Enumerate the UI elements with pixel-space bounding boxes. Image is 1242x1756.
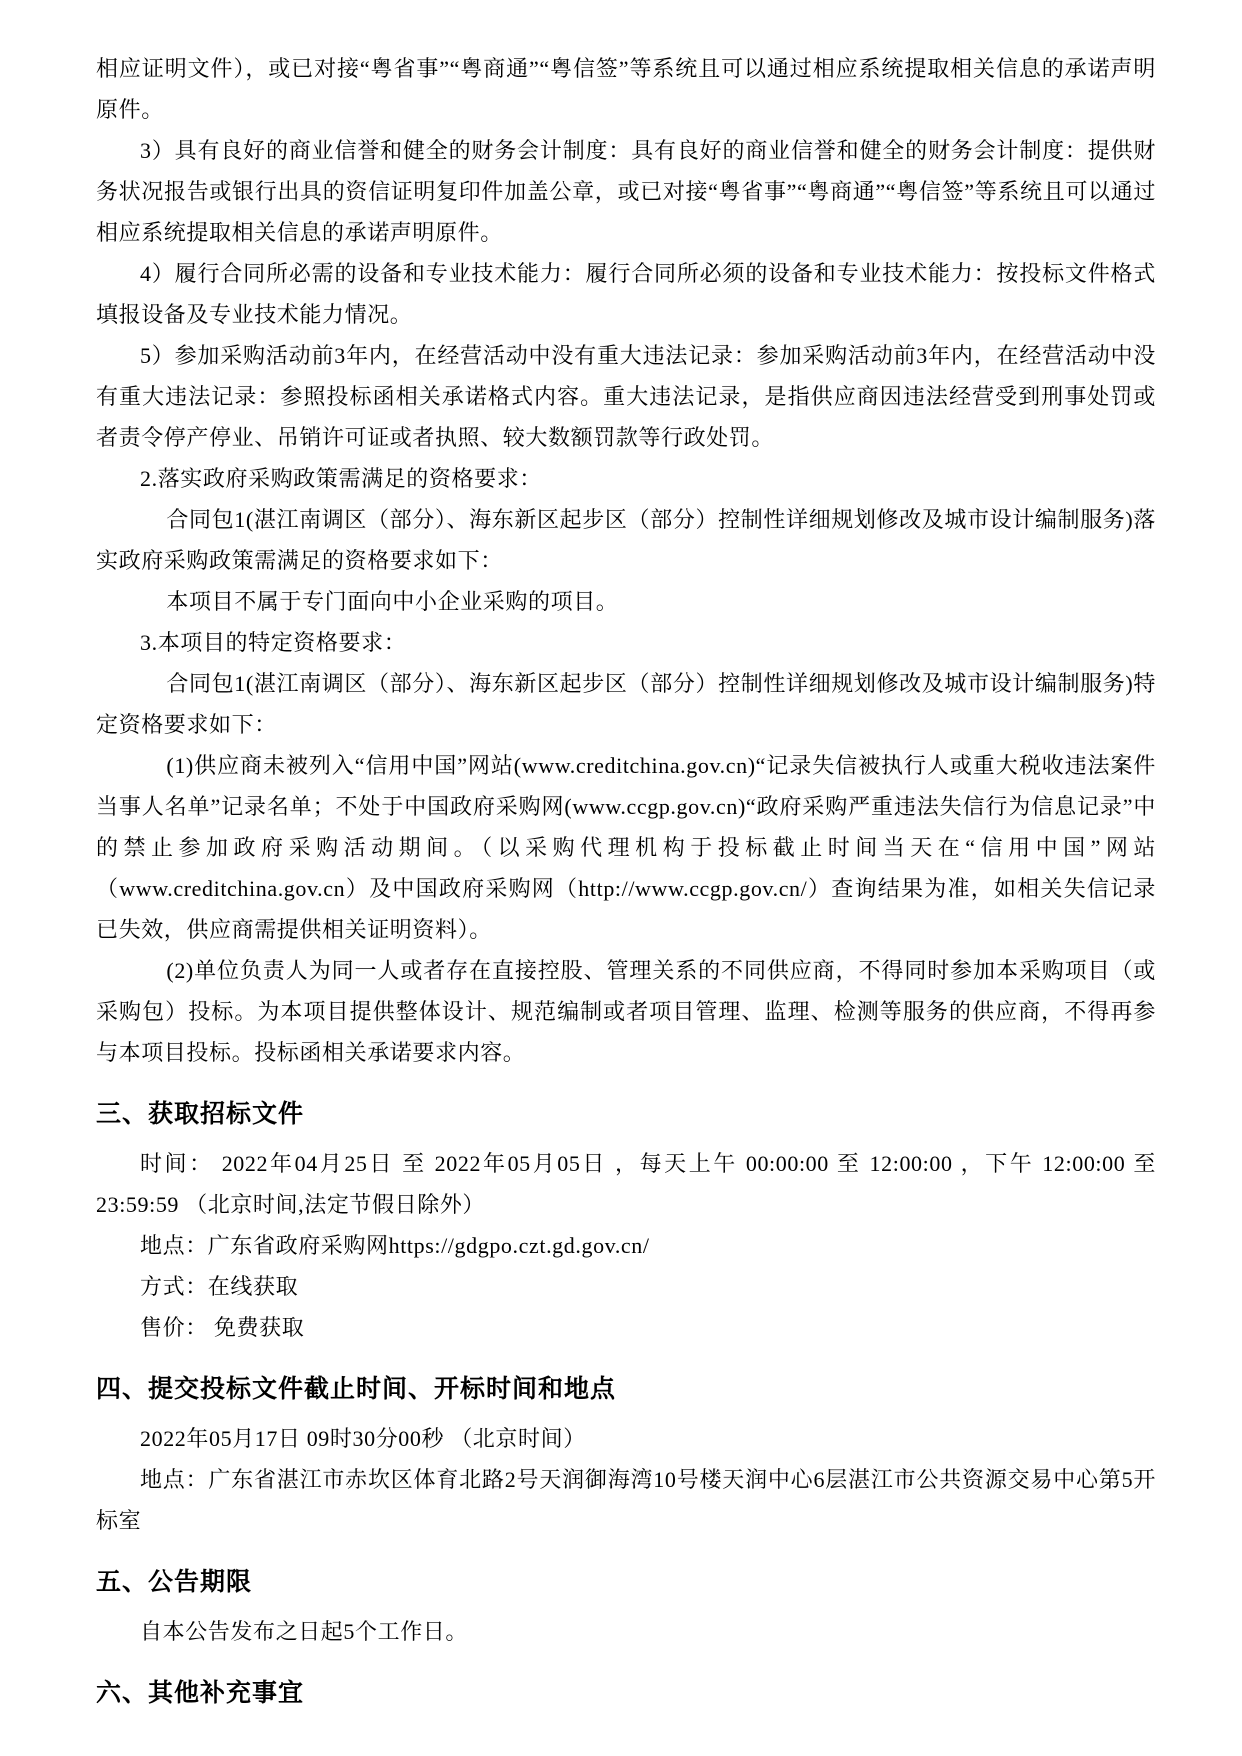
heading-submission-deadline: 四、提交投标文件截止时间、开标时间和地点: [96, 1372, 1156, 1406]
para-same-controller-restriction: (2)单位负责人为同一人或者存在直接控股、管理关系的不同供应商，不得同时参加本采…: [96, 950, 1156, 1073]
para-bid-opening-location: 地点：广东省湛江市赤坎区体育北路2号天润御海湾10号楼天润中心6层湛江市公共资源…: [96, 1459, 1156, 1541]
para-obtain-location: 地点：广东省政府采购网https://gdgpo.czt.gd.gov.cn/: [96, 1225, 1156, 1266]
para-qualification-item-5: 5）参加采购活动前3年内，在经营活动中没有重大违法记录：参加采购活动前3年内，在…: [96, 335, 1156, 458]
para-contract-package-specific: 合同包1(湛江南调区（部分）、海东新区起步区（部分）控制性详细规划修改及城市设计…: [96, 663, 1156, 745]
para-policy-requirements-label: 2.落实政府采购政策需满足的资格要求：: [96, 458, 1156, 499]
para-specific-requirements-label: 3.本项目的特定资格要求：: [96, 622, 1156, 663]
para-announcement-period: 自本公告发布之日起5个工作日。: [96, 1611, 1156, 1652]
para-obtain-time: 时间： 2022年04月25日 至 2022年05月05日 ，每天上午 00:0…: [96, 1143, 1156, 1225]
para-qualification-item-3: 3）具有良好的商业信誉和健全的财务会计制度：具有良好的商业信誉和健全的财务会计制…: [96, 130, 1156, 253]
para-certificates-continuation: 相应证明文件），或已对接“粤省事”“粤商通”“粤信签”等系统且可以通过相应系统提…: [96, 48, 1156, 130]
para-obtain-method: 方式：在线获取: [96, 1266, 1156, 1307]
para-contract-package-policy: 合同包1(湛江南调区（部分）、海东新区起步区（部分）控制性详细规划修改及城市设计…: [96, 499, 1156, 581]
para-not-sme-project: 本项目不属于专门面向中小企业采购的项目。: [96, 581, 1156, 622]
document-page: 相应证明文件），或已对接“粤省事”“粤商通”“粤信签”等系统且可以通过相应系统提…: [0, 0, 1242, 1756]
para-qualification-item-4: 4）履行合同所必需的设备和专业技术能力：履行合同所必须的设备和专业技术能力：按投…: [96, 253, 1156, 335]
heading-obtain-bid-documents: 三、获取招标文件: [96, 1097, 1156, 1131]
heading-announcement-period: 五、公告期限: [96, 1565, 1156, 1599]
para-deadline-datetime: 2022年05月17日 09时30分00秒 （北京时间）: [96, 1418, 1156, 1459]
heading-other-matters: 六、其他补充事宜: [96, 1676, 1156, 1710]
para-obtain-price: 售价： 免费获取: [96, 1307, 1156, 1348]
para-credit-china-requirement: (1)供应商未被列入“信用中国”网站(www.creditchina.gov.c…: [96, 745, 1156, 950]
